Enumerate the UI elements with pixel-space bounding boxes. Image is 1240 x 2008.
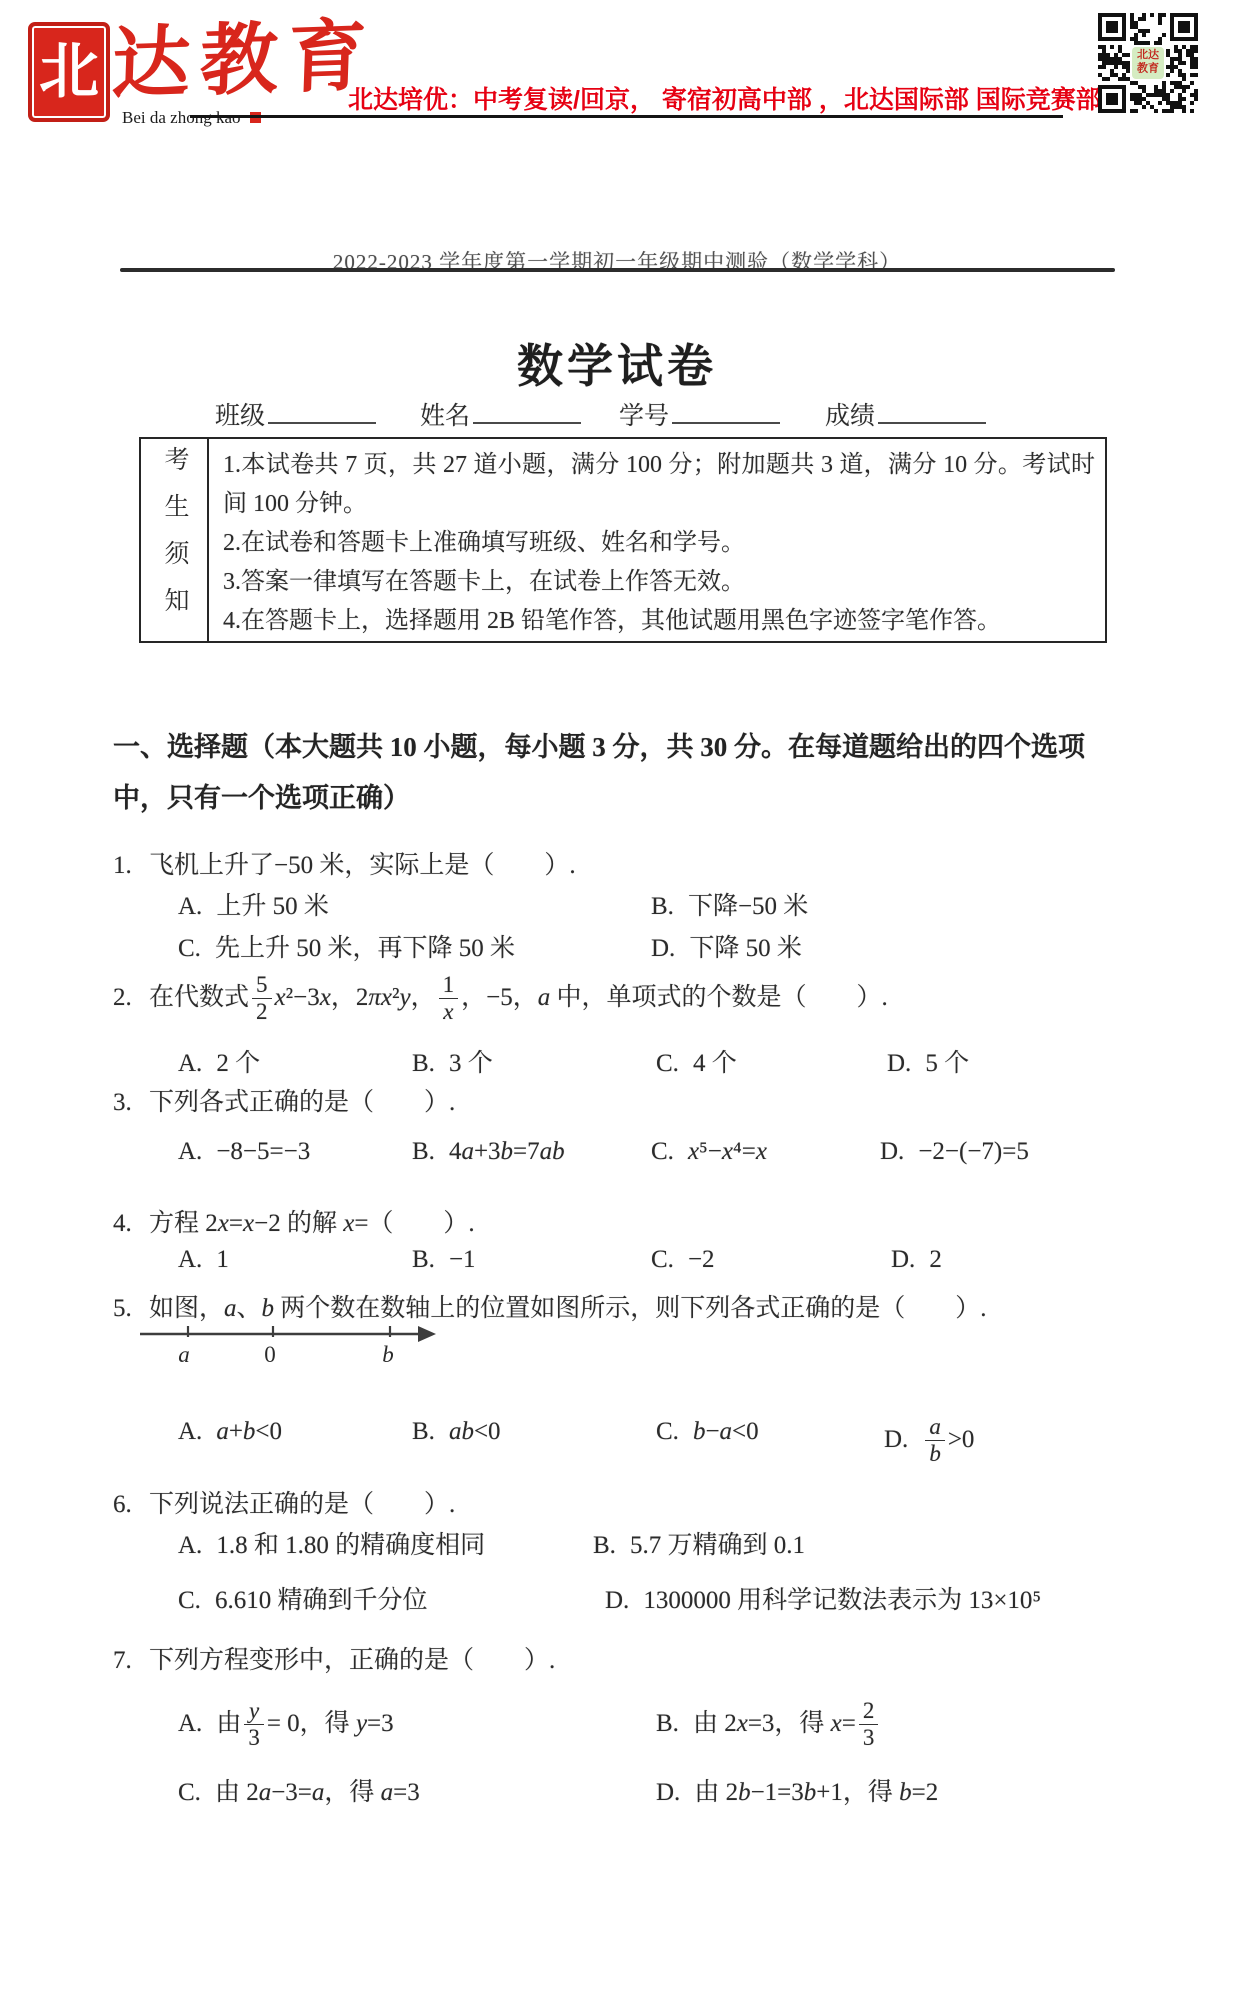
seal-character: 北	[39, 42, 99, 102]
option-text: a+b<0	[216, 1418, 282, 1445]
numberline-label-a: a	[178, 1342, 190, 1367]
q2-option-c: C.4 个	[656, 1043, 737, 1079]
option-label: A.	[178, 1246, 202, 1273]
q4-option-a: A.1	[178, 1246, 229, 1274]
q4-option-b: B.−1	[412, 1246, 476, 1274]
option-text: 由 2b−1=3b+1，得 b=2	[694, 1779, 938, 1806]
question-6-stem: 6.下列说法正确的是（ ）.	[113, 1484, 455, 1520]
option-text: −8−5=−3	[216, 1138, 310, 1165]
question-2-stem: 2.在代数式52x²−3x，2πx²y，1x，−5，a 中，单项式的个数是（ ）…	[113, 972, 888, 1025]
option-label: C.	[656, 1050, 679, 1077]
q3-option-c: C.x⁵−x⁴=x	[651, 1138, 767, 1166]
option-text: ab>0	[922, 1426, 974, 1453]
q1-option-b: B.下降−50 米	[651, 886, 808, 922]
option-label: A.	[178, 1418, 202, 1445]
field-score-label: 成绩	[825, 403, 875, 430]
field-name-label: 姓名	[420, 403, 470, 430]
option-label: C.	[178, 1779, 201, 1806]
scanned-exam-page: 北 达教育 Bei da zhong kao 北达培优：中考复读/回京， 寄宿初…	[0, 0, 1240, 2008]
option-label: B.	[412, 1418, 435, 1445]
question-text: 飞机上升了−50 米，实际上是（ ）.	[149, 852, 576, 879]
question-1-stem: 1.飞机上升了−50 米，实际上是（ ）.	[113, 845, 576, 881]
question-text: 下列说法正确的是（ ）.	[149, 1491, 455, 1518]
option-text: 4a+3b=7ab	[449, 1138, 565, 1165]
question-text: 在代数式52x²−3x，2πx²y，1x，−5，a 中，单项式的个数是（ ）.	[149, 984, 888, 1011]
option-text: 由y3= 0，得 y=3	[216, 1710, 393, 1737]
option-text: 下降 50 米	[689, 935, 802, 962]
field-class: 班级	[215, 396, 376, 432]
q1-option-d: D.下降 50 米	[651, 928, 802, 964]
field-score-blank	[878, 398, 986, 424]
option-label: B.	[412, 1050, 435, 1077]
notice-item: 4.在答题卡上，选择题用 2B 铅笔作答，其他试题用黑色字迹签字笔作答。	[223, 602, 1095, 641]
question-7-stem: 7.下列方程变形中，正确的是（ ）.	[113, 1640, 555, 1676]
option-text: 由 2a−3=a，得 a=3	[215, 1779, 420, 1806]
numberline-label-b: b	[382, 1342, 394, 1367]
q7-option-b: B.由 2x=3，得 x=23	[656, 1698, 881, 1751]
field-class-blank	[268, 398, 376, 424]
question-text: 方程 2x=x−2 的解 x=（ ）.	[149, 1210, 475, 1237]
option-label: C.	[178, 1587, 201, 1614]
field-student-id-label: 学号	[619, 403, 669, 430]
q2-option-d: D.5 个	[887, 1043, 969, 1079]
notice-item: 1.本试卷共 7 页，共 27 道小题，满分 100 分；附加题共 3 道，满分…	[223, 446, 1095, 524]
option-text: −2	[688, 1246, 715, 1273]
option-text: ab<0	[449, 1418, 501, 1445]
section-heading: 一、选择题（本大题共 10 小题，每小题 3 分，共 30 分。在每道题给出的四…	[113, 722, 1111, 824]
svg-text:北达: 北达	[1137, 47, 1159, 61]
option-label: D.	[891, 1246, 915, 1273]
q4-option-d: D.2	[891, 1246, 942, 1274]
header-rule	[190, 115, 1063, 118]
option-text: 1	[216, 1246, 229, 1273]
question-number: 3.	[113, 1089, 149, 1117]
q5-option-a: A.a+b<0	[178, 1418, 282, 1446]
question-text: 下列各式正确的是（ ）.	[149, 1089, 455, 1116]
q6-option-c: C.6.610 精确到千分位	[178, 1580, 427, 1616]
q6-option-b: B.5.7 万精确到 0.1	[593, 1525, 805, 1561]
option-label: C.	[656, 1418, 679, 1445]
option-label: D.	[887, 1050, 911, 1077]
question-3-stem: 3.下列各式正确的是（ ）.	[113, 1082, 455, 1118]
notice-item: 3.答案一律填写在答题卡上，在试卷上作答无效。	[223, 563, 1095, 602]
option-text: b−a<0	[693, 1418, 759, 1445]
option-text: 4 个	[693, 1050, 737, 1077]
option-text: 1.8 和 1.80 的精确度相同	[216, 1532, 485, 1559]
q7-option-c: C.由 2a−3=a，得 a=3	[178, 1772, 420, 1808]
option-label: D.	[651, 935, 675, 962]
paper-rule	[120, 268, 1115, 272]
examinee-notice-box: 考生须知 1.本试卷共 7 页，共 27 道小题，满分 100 分；附加题共 3…	[139, 437, 1107, 643]
option-text: 3 个	[449, 1050, 493, 1077]
q2-option-b: B.3 个	[412, 1043, 493, 1079]
field-name-blank	[473, 398, 581, 424]
option-text: 上升 50 米	[216, 893, 329, 920]
brand-subtitle: Bei da zhong kao	[122, 108, 261, 128]
question-number: 7.	[113, 1647, 149, 1675]
paper-title: 数学试卷	[367, 330, 867, 396]
option-label: A.	[178, 1710, 202, 1737]
option-text: 2	[929, 1246, 942, 1273]
q6-option-d: D.1300000 用科学记数法表示为 13×10⁵	[605, 1580, 1041, 1616]
field-student-id-blank	[672, 398, 780, 424]
question-number: 2.	[113, 984, 149, 1012]
q1-option-a: A.上升 50 米	[178, 886, 329, 922]
q2-option-a: A.2 个	[178, 1043, 260, 1079]
option-text: 1300000 用科学记数法表示为 13×10⁵	[643, 1587, 1041, 1614]
question-4-stem: 4.方程 2x=x−2 的解 x=（ ）.	[113, 1203, 475, 1239]
field-name: 姓名	[420, 396, 581, 432]
option-label: A.	[178, 1138, 202, 1165]
notice-item: 2.在试卷和答题卡上准确填写班级、姓名和学号。	[223, 524, 1095, 563]
option-label: A.	[178, 893, 202, 920]
q1-option-c: C.先上升 50 米，再下降 50 米	[178, 928, 515, 964]
option-text: −2−(−7)=5	[918, 1138, 1029, 1165]
svg-text:教育: 教育	[1136, 60, 1159, 74]
brand-seal-logo: 北	[28, 22, 110, 122]
option-text: 5 个	[925, 1050, 969, 1077]
option-text: −1	[449, 1246, 476, 1273]
notice-side-cell: 考生须知	[141, 439, 209, 641]
q4-option-c: C.−2	[651, 1246, 715, 1274]
number-line-figure: a 0 b	[112, 1306, 452, 1372]
question-number: 1.	[113, 852, 149, 880]
option-label: D.	[880, 1138, 904, 1165]
notice-side-label: 考生须知	[156, 446, 192, 634]
question-number: 4.	[113, 1210, 149, 1238]
number-line-arrow-icon	[418, 1326, 436, 1342]
q3-option-a: A.−8−5=−3	[178, 1138, 310, 1166]
q3-option-b: B.4a+3b=7ab	[412, 1138, 565, 1166]
q3-option-d: D.−2−(−7)=5	[880, 1138, 1029, 1166]
q5-option-d: D.ab>0	[884, 1414, 974, 1467]
option-label: D.	[605, 1587, 629, 1614]
q7-option-a: A.由y3= 0，得 y=3	[178, 1698, 394, 1751]
option-label: B.	[651, 893, 674, 920]
option-label: D.	[656, 1779, 680, 1806]
option-text: 由 2x=3，得 x=23	[693, 1710, 881, 1737]
option-label: B.	[412, 1138, 435, 1165]
question-text: 下列方程变形中，正确的是（ ）.	[149, 1647, 555, 1674]
option-text: 2 个	[216, 1050, 260, 1077]
field-score: 成绩	[825, 396, 986, 432]
q5-option-c: C.b−a<0	[656, 1418, 759, 1446]
option-label: D.	[884, 1426, 908, 1453]
option-label: A.	[178, 1532, 202, 1559]
option-label: C.	[651, 1246, 674, 1273]
q5-option-b: B.ab<0	[412, 1418, 501, 1446]
option-text: 5.7 万精确到 0.1	[630, 1532, 805, 1559]
option-text: 6.610 精确到千分位	[215, 1587, 428, 1614]
option-text: 先上升 50 米，再下降 50 米	[215, 935, 515, 962]
option-label: C.	[651, 1138, 674, 1165]
qr-code: 北达教育	[1098, 13, 1198, 113]
notice-body: 1.本试卷共 7 页，共 27 道小题，满分 100 分；附加题共 3 道，满分…	[209, 439, 1105, 641]
numberline-label-zero: 0	[264, 1342, 276, 1367]
question-number: 6.	[113, 1491, 149, 1519]
option-label: B.	[593, 1532, 616, 1559]
qr-code-image: 北达教育	[1098, 13, 1198, 113]
option-label: A.	[178, 1050, 202, 1077]
field-class-label: 班级	[215, 403, 265, 430]
option-text: 下降−50 米	[688, 893, 808, 920]
option-label: B.	[412, 1246, 435, 1273]
option-text: x⁵−x⁴=x	[688, 1138, 767, 1165]
option-label: B.	[656, 1710, 679, 1737]
field-student-id: 学号	[619, 396, 780, 432]
option-label: C.	[178, 935, 201, 962]
header-slogan: 北达培优：中考复读/回京， 寄宿初高中部 ，北达国际部 国际竞赛部	[348, 80, 1058, 116]
q7-option-d: D.由 2b−1=3b+1，得 b=2	[656, 1772, 938, 1808]
q6-option-a: A.1.8 和 1.80 的精确度相同	[178, 1525, 485, 1561]
